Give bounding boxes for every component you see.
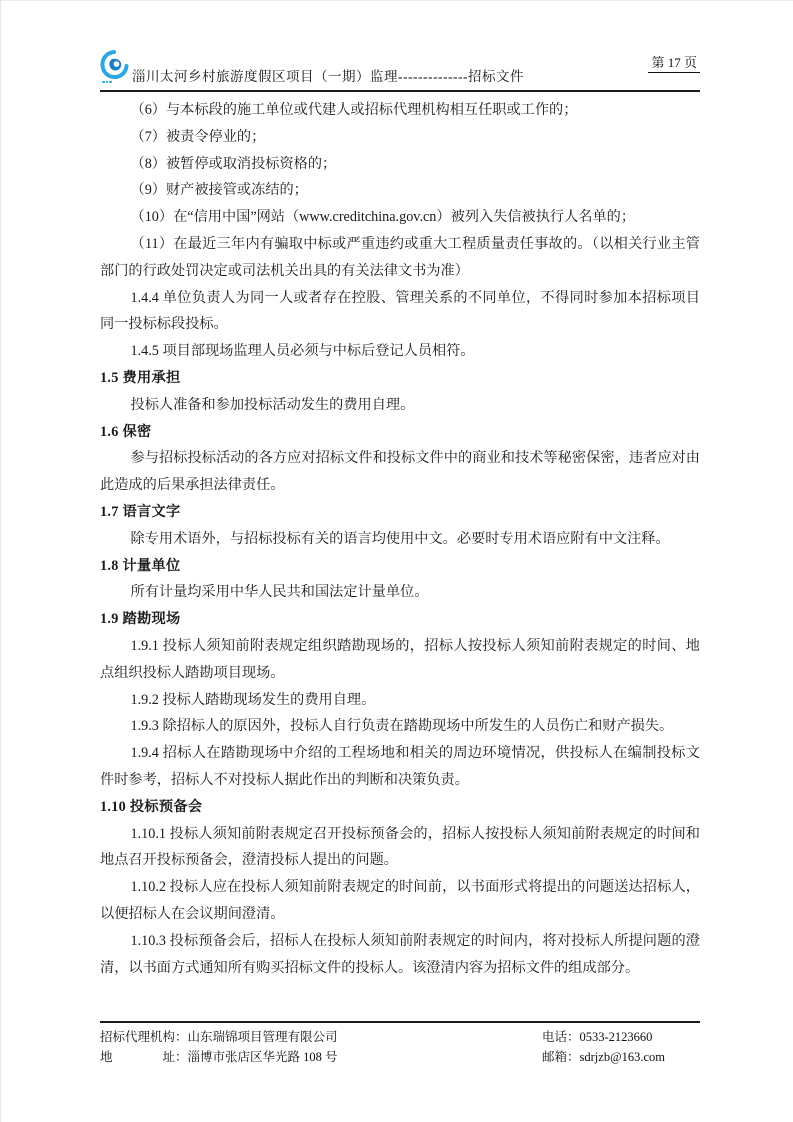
footer-row-2: 地 址：淄博市张店区华光路 108 号 邮箱：sdrjzb@163.com [100, 1047, 700, 1067]
clause-item-7: （7）被责令停业的； [100, 124, 700, 151]
clause-1-10-1: 1.10.1 投标人须知前附表规定召开投标预备会的，招标人按投标人须知前附表规定… [100, 821, 700, 875]
clause-item-9: （9）财产被接管或冻结的； [100, 177, 700, 204]
section-heading-1-6: 1.6 保密 [100, 419, 700, 446]
phone-number: 0533-2123660 [580, 1030, 653, 1044]
clause-1-10-2: 1.10.2 投标人应在投标人须知前附表规定的时间前，以书面形式将提出的问题送达… [100, 874, 700, 928]
clause-1-4-4: 1.4.4 单位负责人为同一人或者存在控股、管理关系的不同单位，不得同时参加本招… [100, 285, 700, 339]
clause-item-8: （8）被暂停或取消投标资格的； [100, 151, 700, 178]
agency-label: 招标代理机构： [100, 1030, 188, 1044]
clause-1-6-body: 参与招标投标活动的各方应对招标文件和投标文件中的商业和技术等秘密保密，违者应对由… [100, 445, 700, 499]
clause-1-4-5: 1.4.5 项目部现场监理人员必须与中标后登记人员相符。 [100, 338, 700, 365]
company-swirl-logo-icon [100, 49, 130, 87]
address-value: 淄博市张店区华光路 108 号 [188, 1050, 338, 1064]
clause-1-9-4: 1.9.4 招标人在踏勘现场中介绍的工程场地和相关的周边环境情况，供投标人在编制… [100, 740, 700, 794]
scan-edge [0, 0, 793, 1]
document-body: （6）与本标段的施工单位或代建人或招标代理机构相互任职或工作的； （7）被责令停… [100, 97, 700, 981]
page-header: 淄川太河乡村旅游度假区项目（一期）监理--------------招标文件 第 … [100, 46, 700, 92]
scan-edge [0, 0, 1, 1122]
email-label: 邮箱： [542, 1050, 580, 1064]
agency-name: 山东瑞锦项目管理有限公司 [188, 1030, 338, 1044]
footer-row-1: 招标代理机构：山东瑞锦项目管理有限公司 电话：0533-2123660 [100, 1027, 700, 1047]
clause-1-8-body: 所有计量均采用中华人民共和国法定计量单位。 [100, 579, 700, 606]
section-heading-1-7: 1.7 语言文字 [100, 499, 700, 526]
agency-line: 招标代理机构：山东瑞锦项目管理有限公司 [100, 1027, 338, 1047]
section-heading-1-5: 1.5 费用承担 [100, 365, 700, 392]
phone-line: 电话：0533-2123660 [542, 1027, 700, 1047]
section-heading-1-9: 1.9 踏勘现场 [100, 606, 700, 633]
document-header-title: 淄川太河乡村旅游度假区项目（一期）监理--------------招标文件 [132, 65, 524, 85]
clause-1-5-body: 投标人准备和参加投标活动发生的费用自理。 [100, 392, 700, 419]
section-heading-1-8: 1.8 计量单位 [100, 553, 700, 580]
clause-item-6: （6）与本标段的施工单位或代建人或招标代理机构相互任职或工作的； [100, 97, 700, 124]
page-number: 第 17 页 [648, 52, 700, 73]
clause-item-11: （11）在最近三年内有骗取中标或严重违约或重大工程质量责任事故的。（以相关行业主… [100, 231, 700, 285]
clause-1-9-2: 1.9.2 投标人踏勘现场发生的费用自理。 [100, 687, 700, 714]
clause-1-10-3: 1.10.3 投标预备会后，招标人在投标人须知前附表规定的时间内，将对投标人所提… [100, 928, 700, 982]
page-footer: 招标代理机构：山东瑞锦项目管理有限公司 电话：0533-2123660 地 址：… [100, 1021, 700, 1067]
section-heading-1-10: 1.10 投标预备会 [100, 794, 700, 821]
phone-label: 电话： [542, 1030, 580, 1044]
clause-1-9-1: 1.9.1 投标人须知前附表规定组织踏勘现场的，招标人按投标人须知前附表规定的时… [100, 633, 700, 687]
clause-item-10: （10）在“信用中国”网站（www.creditchina.gov.cn）被列入… [100, 204, 700, 231]
address-line: 地 址：淄博市张店区华光路 108 号 [100, 1047, 338, 1067]
email-line: 邮箱：sdrjzb@163.com [542, 1047, 700, 1067]
email-value: sdrjzb@163.com [580, 1050, 665, 1064]
address-label: 地 址： [100, 1050, 188, 1064]
clause-1-9-3: 1.9.3 除招标人的原因外，投标人自行负责在踏勘现场中所发生的人员伤亡和财产损… [100, 713, 700, 740]
clause-1-7-body: 除专用术语外，与招标投标有关的语言均使用中文。必要时专用术语应附有中文注释。 [100, 526, 700, 553]
